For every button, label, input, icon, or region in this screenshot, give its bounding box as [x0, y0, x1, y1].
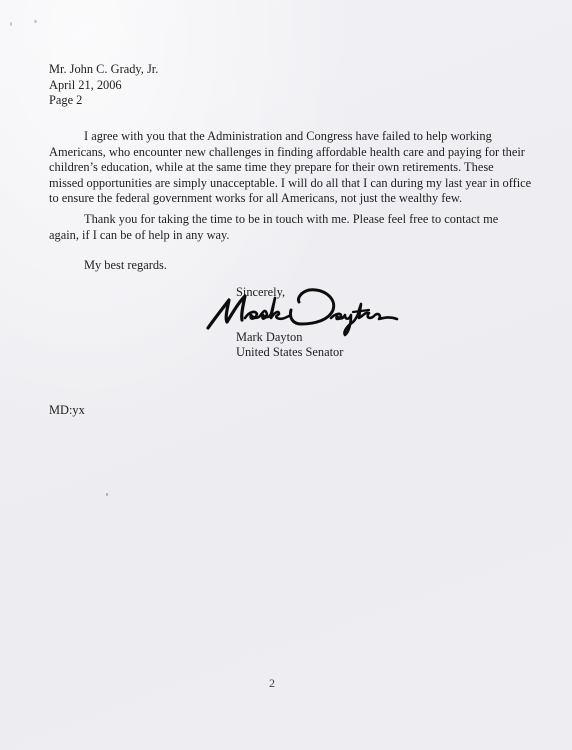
page-number: 2	[269, 676, 275, 692]
paragraph-line: children’s education, while at the same …	[49, 160, 531, 176]
scan-artifact	[10, 22, 12, 26]
paragraph-line: I agree with you that the Administration…	[84, 129, 492, 143]
paragraph-line: Thank you for taking the time to be in t…	[84, 212, 498, 226]
scan-artifact	[106, 493, 108, 496]
paragraph-line: missed opportunities are simply unaccept…	[49, 176, 531, 192]
regards-line: My best regards.	[84, 258, 167, 274]
body-paragraph-2: Thank you for taking the time to be in t…	[49, 212, 498, 243]
letter-header: Mr. John C. Grady, Jr. April 21, 2006 Pa…	[49, 62, 158, 109]
paragraph-line: again, if I can be of help in any way.	[49, 228, 498, 244]
paragraph-line: Americans, who encounter new challenges …	[49, 145, 531, 161]
page-label: Page 2	[49, 93, 158, 109]
paragraph-line: to ensure the federal government works f…	[49, 191, 531, 207]
letter-date: April 21, 2006	[49, 78, 158, 94]
handwritten-signature	[205, 288, 405, 338]
typist-initials: MD:yx	[49, 403, 85, 419]
scan-artifact	[34, 20, 37, 23]
signer-name: Mark Dayton	[236, 330, 302, 346]
letter-page: Mr. John C. Grady, Jr. April 21, 2006 Pa…	[0, 0, 572, 750]
body-paragraph-1: I agree with you that the Administration…	[49, 129, 531, 207]
recipient-name: Mr. John C. Grady, Jr.	[49, 62, 158, 78]
signer-title: United States Senator	[236, 345, 343, 361]
